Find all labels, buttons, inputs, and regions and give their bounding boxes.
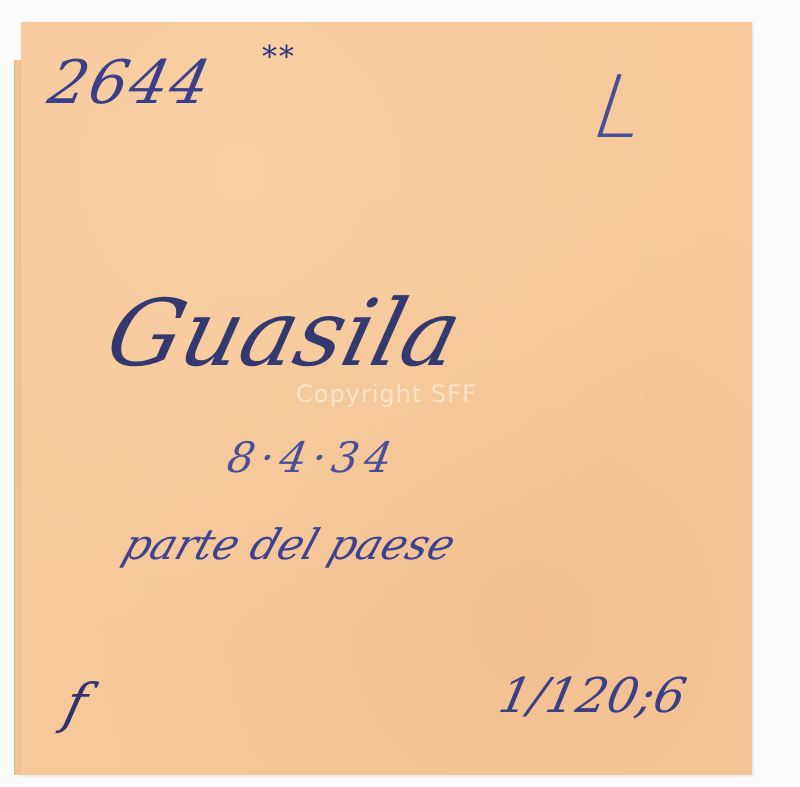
location-description: parte del paese: [117, 520, 462, 569]
catalog-number: 2644: [43, 48, 219, 118]
place-name: Guasila: [97, 280, 472, 387]
catalog-stars: **: [262, 40, 296, 75]
copyright-watermark: Copyright SFF: [296, 380, 477, 408]
reference-code: 1/120;6: [494, 668, 691, 724]
collection-date: 8·4·34: [224, 433, 402, 482]
